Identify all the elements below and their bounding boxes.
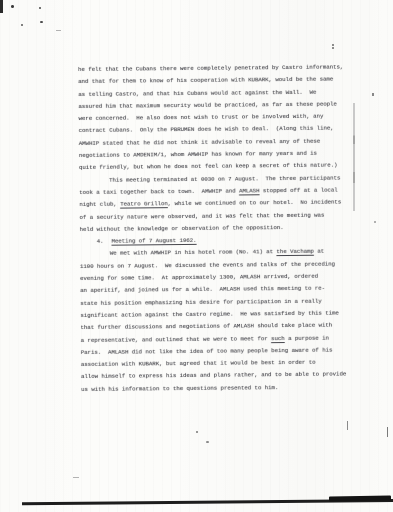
line-text: as telling Castro, and that his Cubans w… (78, 88, 316, 97)
ink-speck (21, 24, 23, 26)
ink-speck (332, 44, 334, 46)
ink-speck (40, 21, 43, 23)
line-text: a purpose in (285, 334, 329, 341)
text-line: us with his information to the questions… (81, 381, 343, 396)
text-line: of a security nature were observed, and … (79, 209, 341, 224)
line-text: allow himself to express his ideas and p… (81, 371, 346, 381)
line-text: an aperitif, and joined us for a while. … (80, 285, 325, 294)
ink-speck (347, 421, 348, 430)
ink-speck (56, 30, 61, 31)
line-text: contract Cubans. Only the PBRUMEN does h… (79, 125, 334, 134)
line-text: association with KUBARK, but agreed that… (81, 359, 316, 368)
underlined-text: such (271, 335, 285, 342)
line-text: 1100 hours on 7 August. We discussed the… (80, 260, 335, 269)
line-text: us with his information to the questions… (81, 384, 278, 393)
line-text: , while we continued on to our hotel. No… (168, 199, 341, 208)
ink-speck (374, 221, 376, 223)
line-text: AMWHIP stated that he did not think it a… (79, 137, 321, 146)
line-text: negotiations to AMDENIM/1, whom AMWHIP h… (79, 150, 317, 159)
underlined-text: Teatro Grillon (120, 200, 168, 207)
line-text: of a security nature were observed, and … (79, 211, 324, 220)
line-text: he felt that the Cubans there were compl… (78, 63, 343, 73)
line-text: that further discussions and negotiation… (80, 322, 332, 331)
vertical-scan-streak (353, 103, 355, 211)
heading-title: Meeting of 7 August 1962. (111, 237, 196, 245)
line-text: night club, (79, 201, 120, 208)
line-text: state his position emphasizing his desir… (80, 297, 322, 306)
line-text: stopped off at a local (259, 186, 337, 194)
ink-speck (387, 427, 388, 437)
ink-speck (206, 441, 209, 443)
line-text: held without the knowledge or observatio… (80, 224, 284, 233)
ink-speck (11, 5, 14, 8)
ink-speck (372, 93, 374, 96)
line-text: assured him that maximum security would … (78, 100, 337, 109)
line-text: took a taxi together back to town. AMWHI… (79, 187, 239, 196)
heading-number: 4. (97, 238, 104, 245)
ink-speck (196, 431, 198, 433)
line-text: significant action against the Castro re… (80, 309, 339, 318)
underlined-text: the Vachamp (276, 248, 313, 255)
line-text: evening for some time. At approximately … (80, 273, 318, 282)
underlined-text: AMLASH (239, 187, 259, 194)
line-text: a representative, and outlined that we w… (81, 335, 271, 344)
scanned-document-page: he felt that the Cubans there were compl… (0, 0, 393, 512)
ink-speck (39, 7, 41, 9)
line-text: This meeting terminated at 0030 on 7 Aug… (109, 174, 340, 183)
line-text: We met with AMWHIP in his hotel room (No… (110, 249, 277, 258)
line-text: and that for them to know of his coopera… (78, 76, 333, 85)
text-line: allow himself to express his ideas and p… (81, 369, 343, 384)
line-text: at (314, 248, 324, 255)
line-text: were concerned. He also does not wish to… (78, 113, 323, 122)
line-text: quite friendly, but whom he does not fee… (79, 162, 338, 171)
scan-corner-mark (0, 0, 3, 13)
document-text: he felt that the Cubans there were compl… (78, 61, 343, 396)
line-text: Paris. AMLASH did not like the idea of t… (81, 346, 333, 355)
ink-speck (73, 477, 79, 478)
